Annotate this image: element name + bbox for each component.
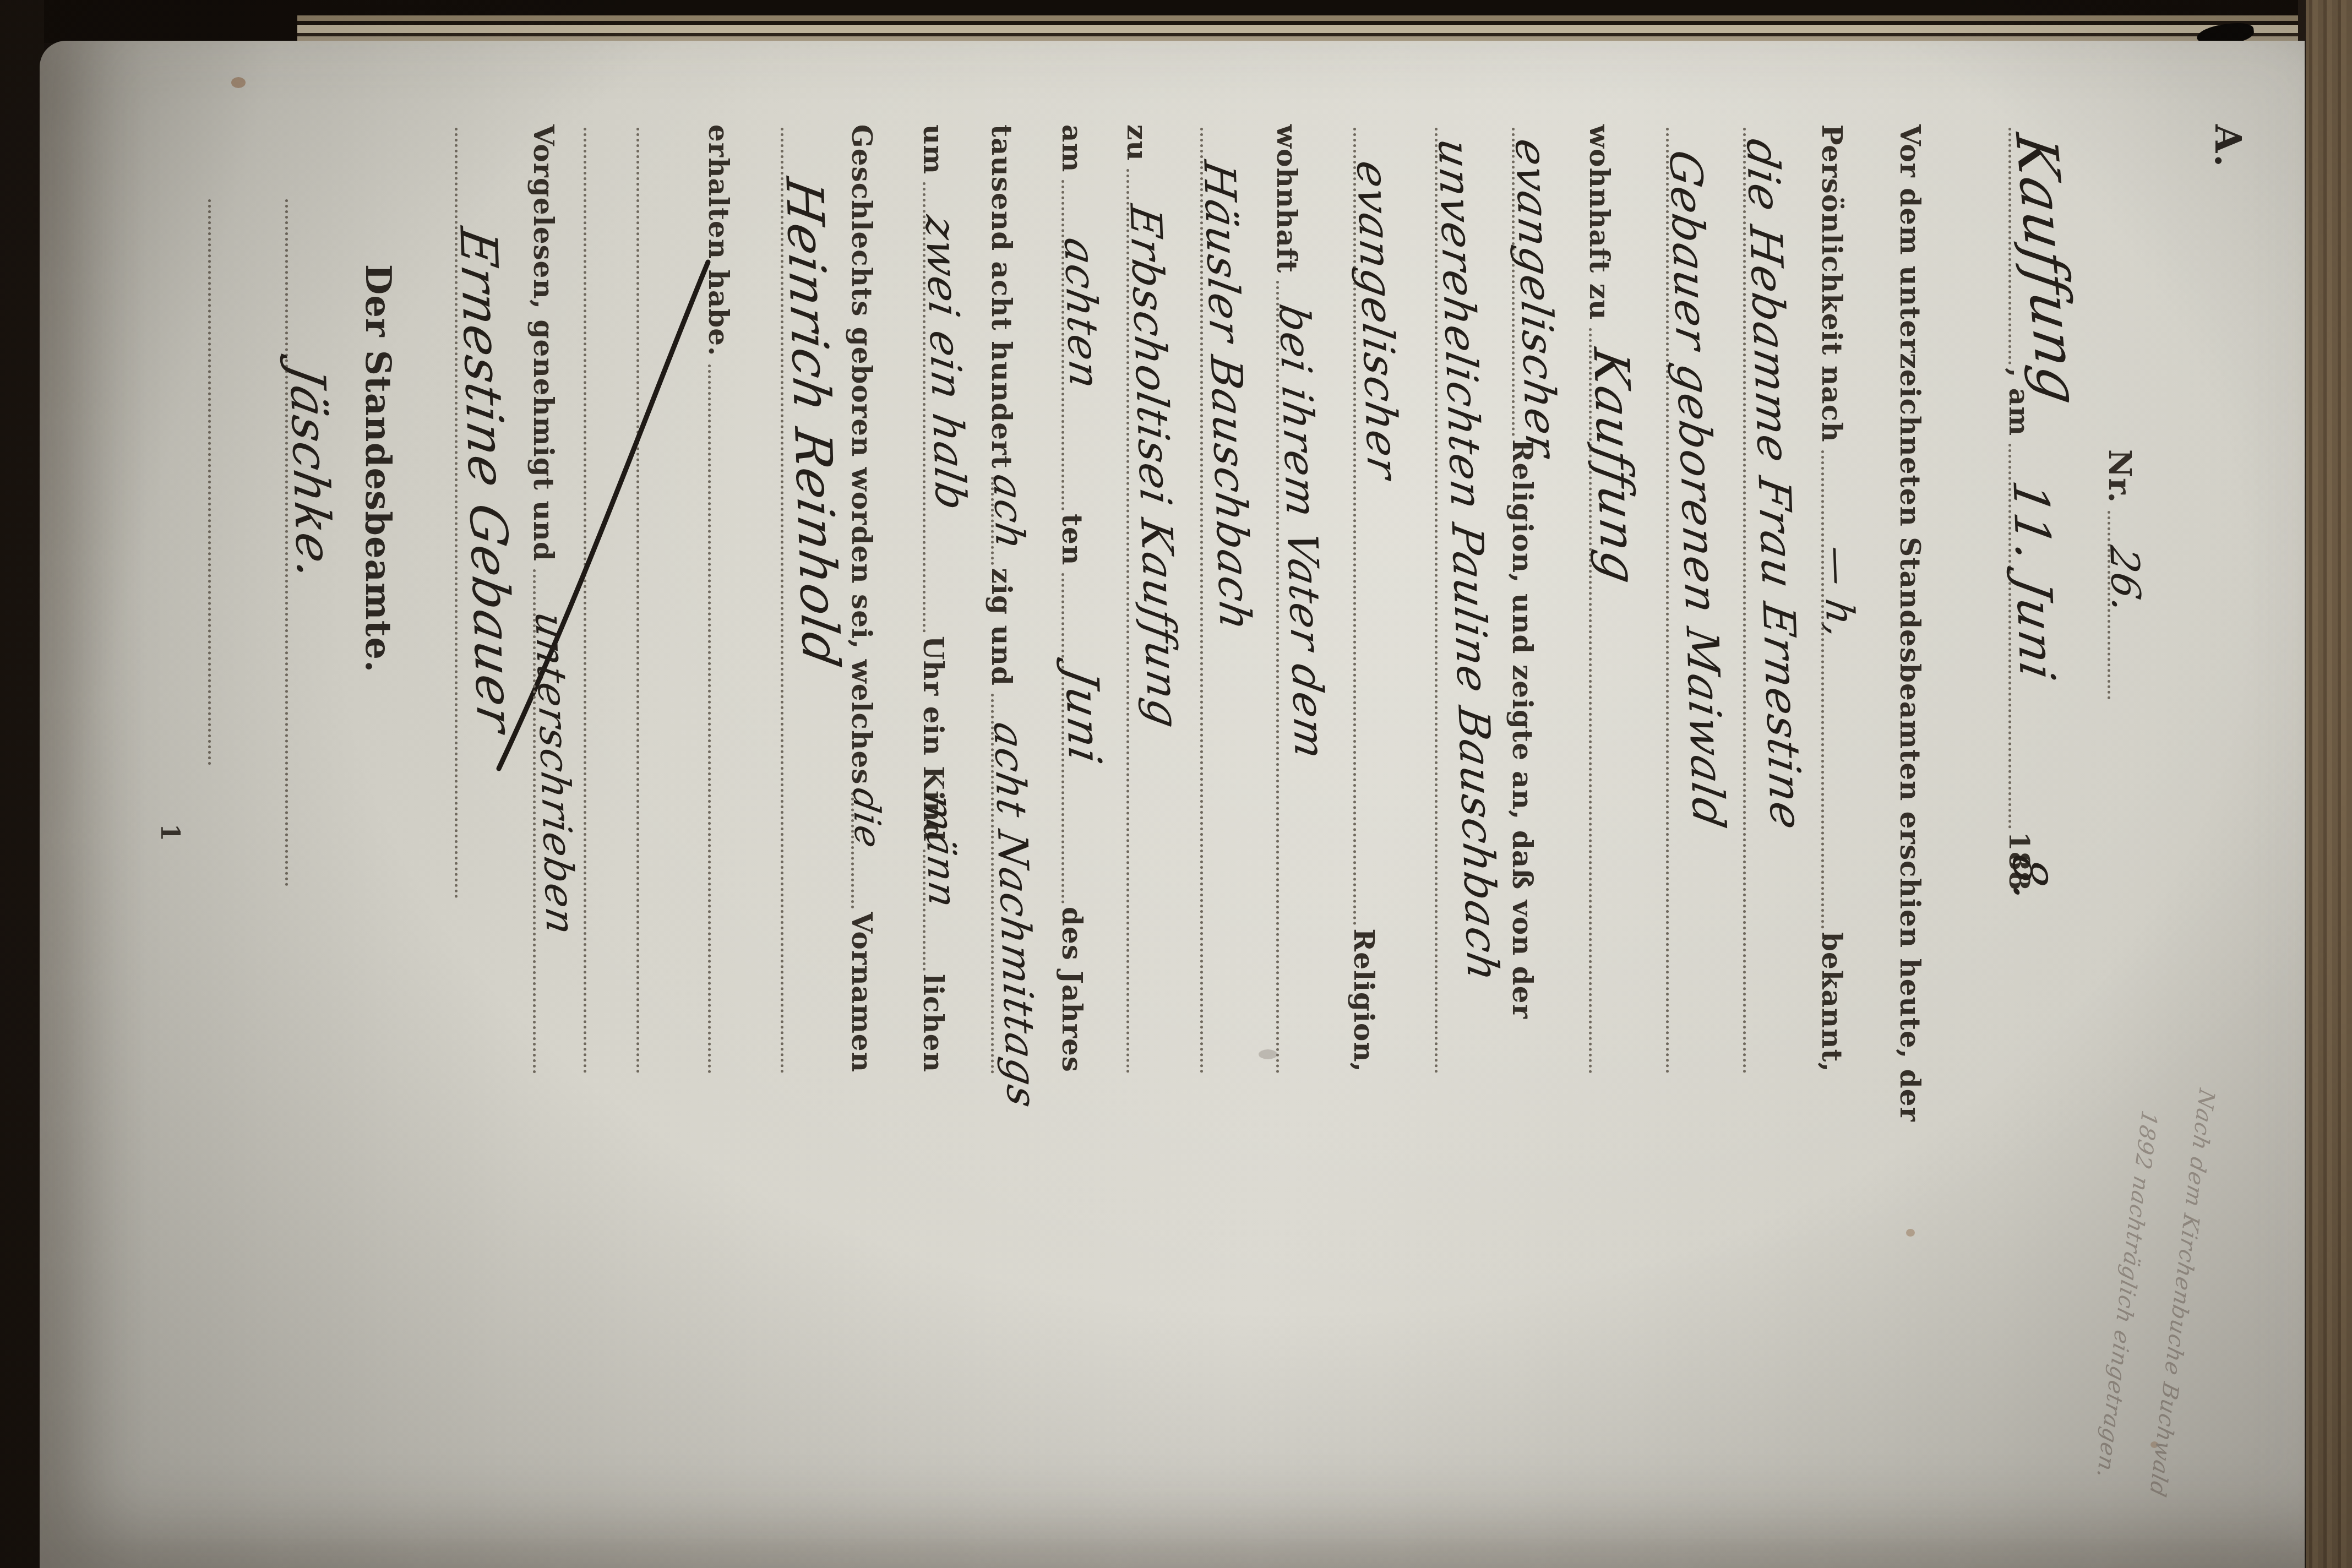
date-handwritten: 11. Juni	[2002, 477, 2066, 685]
religion-handwritten-1: evangelischer	[1505, 135, 1566, 461]
names-line: Heinrich Reinhold	[774, 124, 818, 1077]
birthdate-ten: ten	[1055, 514, 1086, 570]
birth-day-handwritten: achten	[1055, 235, 1109, 394]
sex-line: Geschlechts geboren worden sei, welches …	[845, 124, 889, 1077]
child-names-handwritten: Heinrich Reinhold	[774, 174, 851, 672]
vorgelesen-line: Vorgelesen, genehmigt und unterschrieben	[526, 124, 570, 1077]
mother-handwritten: unverehelichten Pauline Bauschbach	[1428, 135, 1507, 986]
document-rotated-content: A. Nach dem Kirchenbuche Buchwald 1892 n…	[41, 42, 2305, 1568]
dwelling-label: wohnhaft	[1270, 124, 1300, 277]
time-um: um	[916, 124, 947, 179]
official-signature-handwritten: Jäschke.	[279, 361, 343, 585]
nr-line: Nr. 26.	[2101, 449, 2145, 703]
page-stack-gap	[297, 21, 2307, 25]
religion-line-2: Religion, evangelischer	[1347, 124, 1391, 1077]
residence-handwritten: Kauffung	[1582, 345, 1648, 589]
photo-canvas: A. Nach dem Kirchenbuche Buchwald 1892 n…	[0, 0, 2352, 1568]
dwelling-handwritten: bei ihrem Vater dem	[1270, 301, 1335, 764]
erhalten-blank	[708, 364, 711, 1074]
declarant-handwritten-2: Gebauer geborenen Maiwald	[1659, 146, 1735, 832]
sex-prefix: Geschlechts geboren worden sei, welches	[845, 124, 875, 789]
gender-handwritten: männ	[916, 791, 966, 912]
religion-handwritten-2: evangelischer	[1347, 157, 1408, 483]
year-tens-handwritten: ach	[984, 471, 1033, 554]
page-stack-edge	[297, 25, 2307, 33]
erhalten-line: erhalten habe.	[701, 124, 745, 1077]
form-series-letter: A.	[2207, 124, 2250, 168]
book-cover-edge	[2304, 0, 2352, 1568]
intro-text: Vor dem unterzeichneten Standesbeamten e…	[1893, 124, 1924, 1126]
empty-blank-1	[636, 128, 639, 1074]
intro-line: Vor dem unterzeichneten Standesbeamten e…	[1893, 124, 1937, 1077]
dwelling-line-2: Häusler Bauschbach	[1194, 124, 1238, 1077]
declarant-signature-handwritten: Ernestine Gebauer	[448, 224, 525, 737]
article-handwritten: die	[845, 785, 889, 852]
religion-line-1: Religion, und zeigte an, daß von der eva…	[1505, 124, 1549, 1077]
year-digit-handwritten: 8.	[2002, 851, 2058, 907]
declarant-line-1: die Hebamme Frau Ernestine	[1736, 124, 1781, 1077]
mother-line: unverehelichten Pauline Bauschbach	[1428, 124, 1472, 1077]
known-prefix: Persönlichkeit nach	[1815, 124, 1845, 447]
birthplace-handwritten: Erbscholtisei Kauffung	[1120, 202, 1188, 733]
birthplace-label: zu	[1120, 124, 1151, 166]
official-title: Der Standesbeamte.	[357, 251, 399, 686]
declarant-signature-line: Ernestine Gebauer	[448, 124, 492, 1077]
time-line: um Uhr ein Kind lichen zwei ein halb män…	[916, 124, 960, 1077]
birthplace-line: zu Erbscholtisei Kauffung	[1120, 124, 1164, 1077]
empty-line-1	[630, 124, 674, 1077]
time-handwritten: zwei ein halb	[916, 213, 976, 515]
official-signature-line: Jäschke.	[279, 196, 323, 890]
birthdate-suffix: des Jahres	[1055, 907, 1086, 1077]
birth-month-handwritten: Juni	[1055, 664, 1111, 768]
signature-extra-blank	[208, 199, 211, 765]
year-words-line: tausend acht hundert zig und ach acht Na…	[984, 124, 1028, 1077]
residence-label: wohnhaft zu	[1582, 124, 1613, 325]
known-line: Persönlichkeit nach bekannt, — h,	[1815, 124, 1859, 1077]
religion-suffix-1: Religion, und zeigte an, daß von der	[1505, 439, 1536, 1023]
residence-line: wohnhaft zu Kauffung	[1582, 124, 1626, 1077]
book-left-shadow	[0, 0, 44, 1568]
known-blank	[1821, 450, 1824, 929]
empty-blank-2	[584, 128, 586, 1074]
birthdate-line: am ten des Jahres achten Juni	[1055, 124, 1099, 1077]
nr-label: Nr.	[2101, 449, 2135, 508]
date-line: , am 188 Kauffung 11. Juni 8.	[2002, 124, 2046, 895]
signature-extra-line	[202, 196, 246, 769]
vorgelesen-prefix: Vorgelesen, genehmigt und	[526, 124, 557, 566]
page-stack-edge	[297, 15, 2307, 21]
erhalten-text: erhalten habe.	[701, 124, 732, 361]
time-lichen: lichen	[916, 974, 947, 1077]
religion-suffix-2: Religion,	[1347, 929, 1378, 1077]
vornamen-label: Vornamen	[845, 912, 875, 1077]
known-handwritten: — h,	[1815, 543, 1863, 643]
declarant-handwritten-1: die Hebamme Frau Ernestine	[1736, 135, 1812, 834]
year-mid: zig und	[984, 568, 1015, 690]
pencil-note-line2: 1892 nachträglich eingetragen.	[2092, 1108, 2162, 1482]
dwelling-line: wohnhaft bei ihrem Vater dem	[1270, 124, 1314, 1077]
birthdate-am: am	[1055, 124, 1086, 177]
page-number: 1	[155, 824, 185, 841]
nr-value-handwritten: 26.	[2101, 543, 2150, 617]
declarant-line-2: Gebauer geborenen Maiwald	[1659, 124, 1703, 1077]
known-suffix: bekannt,	[1815, 932, 1845, 1077]
dwelling-handwritten-2: Häusler Bauschbach	[1194, 157, 1260, 635]
year-prefix: tausend acht hundert	[984, 124, 1015, 473]
